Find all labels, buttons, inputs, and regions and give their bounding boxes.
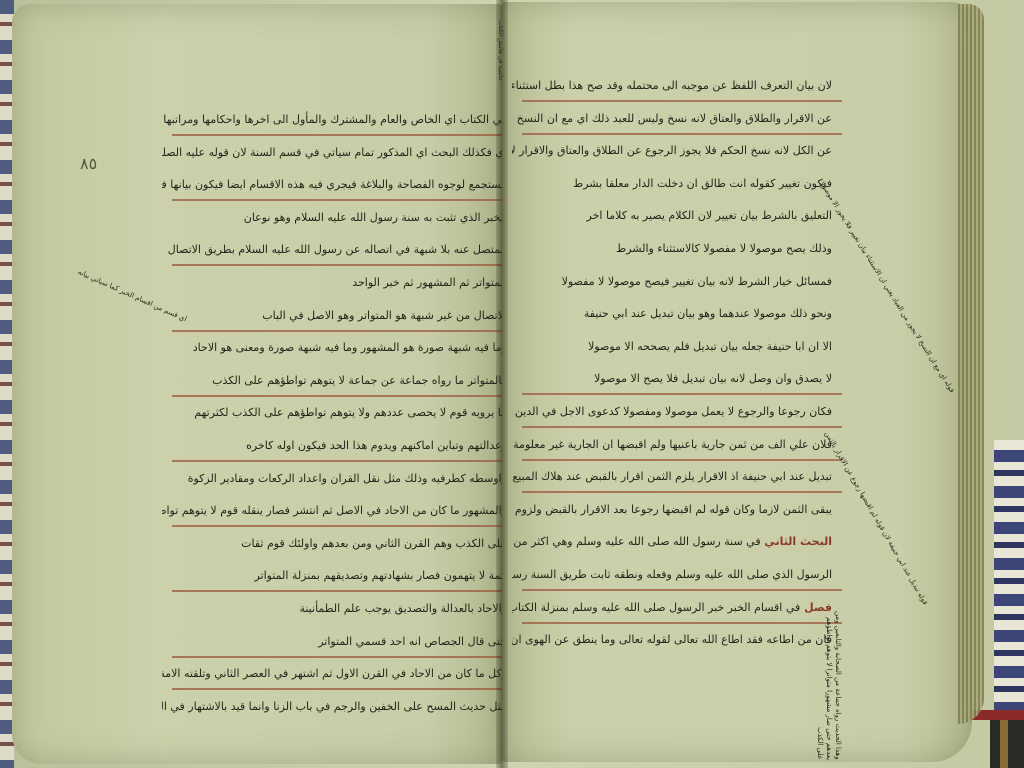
- patterned-fabric-right: [994, 440, 1024, 720]
- line-text: مستجمع لوجوه الفصاحة والبلاغة فيجري فيه …: [162, 178, 507, 191]
- line-text: الرسول الذي صلى الله عليه وسلم وفعله ونط…: [512, 568, 832, 581]
- line-text: في الكتاب اي الخاص والعام والمشترك والمأ…: [162, 113, 507, 126]
- red-rule-line: [172, 199, 517, 201]
- line-text: ونحو ذلك موصولا عندهما وهو بيان تبديل عن…: [584, 307, 832, 320]
- red-rule-line: [172, 656, 517, 658]
- red-rule-line: [522, 459, 842, 461]
- line-text: لان بيان التعرف اللفظ عن موجبه الى محتمل…: [512, 79, 832, 92]
- right-page-text: لان بيان التعرف اللفظ عن موجبه الى محتمل…: [512, 70, 832, 657]
- line-text: ما يرويه قوم لا يحصى عددهم ولا يتوهم توا…: [194, 406, 507, 419]
- line-text: والاحاد بالعدالة والتصديق يوجب علم الطمأ…: [299, 602, 507, 615]
- manuscript-line: والاحاد بالعدالة والتصديق يوجب علم الطمأ…: [162, 593, 507, 626]
- red-rule-line: [172, 330, 517, 332]
- manuscript-line: عن الاقرار والطلاق والعتاق لانه نسخ وليس…: [512, 103, 832, 136]
- red-rule-line: [522, 133, 842, 135]
- section-heading-label: البحث الثاني: [761, 535, 832, 548]
- manuscript-line: مستجمع لوجوه الفصاحة والبلاغة فيجري فيه …: [162, 169, 507, 202]
- manuscript-line: ونحو ذلك موصولا عندهما وهو بيان تبديل عن…: [512, 298, 832, 331]
- red-rule-line: [172, 525, 517, 527]
- left-page-text: في الكتاب اي الخاص والعام والمشترك والمأ…: [162, 104, 507, 723]
- wood-edge: [1000, 720, 1008, 768]
- line-text: عن الكل لانه نسخ الحكم فلا يجوز الرجوع ع…: [512, 144, 832, 157]
- line-text: والمشهور ما كان من الاحاد في الاصل ثم ان…: [162, 504, 507, 517]
- manuscript-line: ائمة لا يتهمون فصار بشهادتهم وتصديقهم بم…: [162, 560, 507, 593]
- manuscript-line: فالمتواتر ما رواه جماعة عن جماعة لا يتوه…: [162, 365, 507, 398]
- red-rule-line: [522, 589, 842, 591]
- manuscript-line: واوسطه كطرفيه وذلك مثل نقل القران واعداد…: [162, 463, 507, 496]
- line-text: مثل حديث المسح على الخفين والرجم في باب …: [162, 700, 507, 713]
- red-rule-line: [172, 395, 517, 397]
- manuscript-line: ما يرويه قوم لا يحصى عددهم ولا يتوهم توا…: [162, 397, 507, 430]
- line-text: فلان علي الف من ثمن جارية باعنيها ولم اق…: [512, 438, 832, 451]
- line-text: المتصل عنه بلا شبهة في اتصاله عن رسول ال…: [168, 243, 507, 256]
- line-text: فالمتواتر ما رواه جماعة عن جماعة لا يتوه…: [212, 374, 507, 387]
- manuscript-line: فيكون تغيير كقوله انت طالق ان دخلت الدار…: [512, 168, 832, 201]
- line-text: لا يصدق وان وصل لانه بيان تبديل فلا يصح …: [594, 372, 832, 385]
- line-text: في سنة رسول الله صلى الله عليه وسلم وهي …: [512, 535, 761, 548]
- line-text: عن الاقرار والطلاق والعتاق لانه نسخ وليس…: [512, 112, 832, 125]
- manuscript-line: وذلك يصح موصولا لا مفصولا كالاستثناء وال…: [512, 233, 832, 266]
- manuscript-line: الرسول الذي صلى الله عليه وسلم وفعله ونط…: [512, 559, 832, 592]
- red-rule-line: [172, 134, 517, 136]
- line-text: ائمة لا يتهمون فصار بشهادتهم وتصديقهم بم…: [254, 569, 507, 582]
- manuscript-line: لان بيان التعرف اللفظ عن موجبه الى محتمل…: [512, 70, 832, 103]
- manuscript-line: الا ان ابا حنيفة جعله بيان تبديل فلم يصح…: [512, 331, 832, 364]
- red-rule-line: [522, 393, 842, 395]
- manuscript-line: وكل ما كان من الاحاد في القرن الاول ثم ا…: [162, 658, 507, 691]
- manuscript-line: البحث الثاني في سنة رسول الله صلى الله ع…: [512, 526, 832, 559]
- manuscript-line: اي فكذلك البحث اي المذكور تمام سياتي في …: [162, 137, 507, 170]
- line-text: واوسطه كطرفيه وذلك مثل نقل القران واعداد…: [188, 472, 507, 485]
- line-text: الاتصال من غير شبهة هو المتواتر وهو الاص…: [262, 309, 507, 322]
- red-rule-line: [172, 460, 517, 462]
- manuscript-line: عن الكل لانه نسخ الحكم فلا يجوز الرجوع ع…: [512, 135, 832, 168]
- vertical-commentary-block: وهذا الحديث رواه جماعة من الصحابة والتاب…: [512, 610, 842, 760]
- line-text: حتى قال الجصاص انه احد قسمي المتواتر: [318, 635, 507, 648]
- manuscript-line: فمسائل خيار الشرط لانه بيان تغيير فيصح م…: [512, 266, 832, 299]
- line-text: وما فيه شبهة صورة هو المشهور وما فيه شبه…: [193, 341, 507, 354]
- line-text: على الكذب وهم القرن الثاني ومن بعدهم واو…: [241, 537, 507, 550]
- red-rule-line: [172, 688, 517, 690]
- manuscript-line: والمشهور ما كان من الاحاد في الاصل ثم ان…: [162, 495, 507, 528]
- red-rule-line: [522, 100, 842, 102]
- manuscript-line: لا يصدق وان وصل لانه بيان تبديل فلا يصح …: [512, 363, 832, 396]
- manuscript-line: وما فيه شبهة صورة هو المشهور وما فيه شبه…: [162, 332, 507, 365]
- line-text: فمسائل خيار الشرط لانه بيان تغيير فيصح م…: [562, 275, 832, 288]
- manuscript-line: حتى قال الجصاص انه احد قسمي المتواتر: [162, 626, 507, 659]
- folio-number: ٨٥: [80, 154, 97, 173]
- red-rule-line: [522, 426, 842, 428]
- manuscript-line: مثل حديث المسح على الخفين والرجم في باب …: [162, 691, 507, 724]
- line-text: الخبر الذي تثبت به سنة رسول الله عليه ال…: [244, 211, 507, 224]
- manuscript-line: فلان علي الف من ثمن جارية باعنيها ولم اق…: [512, 429, 832, 462]
- manuscript-line: الاتصال من غير شبهة هو المتواتر وهو الاص…: [162, 300, 507, 333]
- line-text: المتواتر ثم المشهور ثم خبر الواحد: [352, 276, 507, 289]
- manuscript-line: يبقى الثمن لازما وكان قوله لم اقبضها رجو…: [512, 494, 832, 527]
- red-rule-line: [522, 491, 842, 493]
- manuscript-line: المتصل عنه بلا شبهة في اتصاله عن رسول ال…: [162, 234, 507, 267]
- line-text: وعدالتهم وتباين اماكنهم ويدوم هذا الحد ف…: [246, 439, 507, 452]
- line-text: يبقى الثمن لازما وكان قوله لم اقبضها رجو…: [512, 503, 832, 516]
- line-text: فيكون تغيير كقوله انت طالق ان دخلت الدار…: [573, 177, 832, 190]
- left-page: ٨٥ في الكتاب اي الخاص والعام والمشترك وا…: [12, 4, 502, 764]
- line-text: وذلك يصح موصولا لا مفصولا كالاستثناء وال…: [616, 242, 832, 255]
- book-gutter: [496, 0, 508, 768]
- line-text: تبديل عند ابي حنيفة اذ الاقرار يلزم الثم…: [512, 470, 832, 483]
- line-text: وكل ما كان من الاحاد في القرن الاول ثم ا…: [162, 667, 507, 680]
- manuscript-line: التعليق بالشرط بيان تغيير لان الكلام يصي…: [512, 200, 832, 233]
- manuscript-line: المتواتر ثم المشهور ثم خبر الواحد: [162, 267, 507, 300]
- line-text: فكان رجوعا والرجوع لا يعمل موصولا ومفصول…: [512, 405, 832, 418]
- manuscript-line: الخبر الذي تثبت به سنة رسول الله عليه ال…: [162, 202, 507, 235]
- line-text: الا ان ابا حنيفة جعله بيان تبديل فلم يصح…: [588, 340, 832, 353]
- manuscript-line: تبديل عند ابي حنيفة اذ الاقرار يلزم الثم…: [512, 461, 832, 494]
- manuscript-line: على الكذب وهم القرن الثاني ومن بعدهم واو…: [162, 528, 507, 561]
- red-rule-line: [172, 590, 517, 592]
- line-text: التعليق بالشرط بيان تغيير لان الكلام يصي…: [587, 209, 832, 222]
- red-rule-line: [172, 264, 517, 266]
- manuscript-line: في الكتاب اي الخاص والعام والمشترك والمأ…: [162, 104, 507, 137]
- gutter-note: حاشية في هامش الكتاب: [496, 20, 505, 81]
- page-stack-edge: [958, 4, 984, 724]
- manuscript-line: وعدالتهم وتباين اماكنهم ويدوم هذا الحد ف…: [162, 430, 507, 463]
- line-text: اي فكذلك البحث اي المذكور تمام سياتي في …: [162, 146, 507, 159]
- manuscript-line: فكان رجوعا والرجوع لا يعمل موصولا ومفصول…: [512, 396, 832, 429]
